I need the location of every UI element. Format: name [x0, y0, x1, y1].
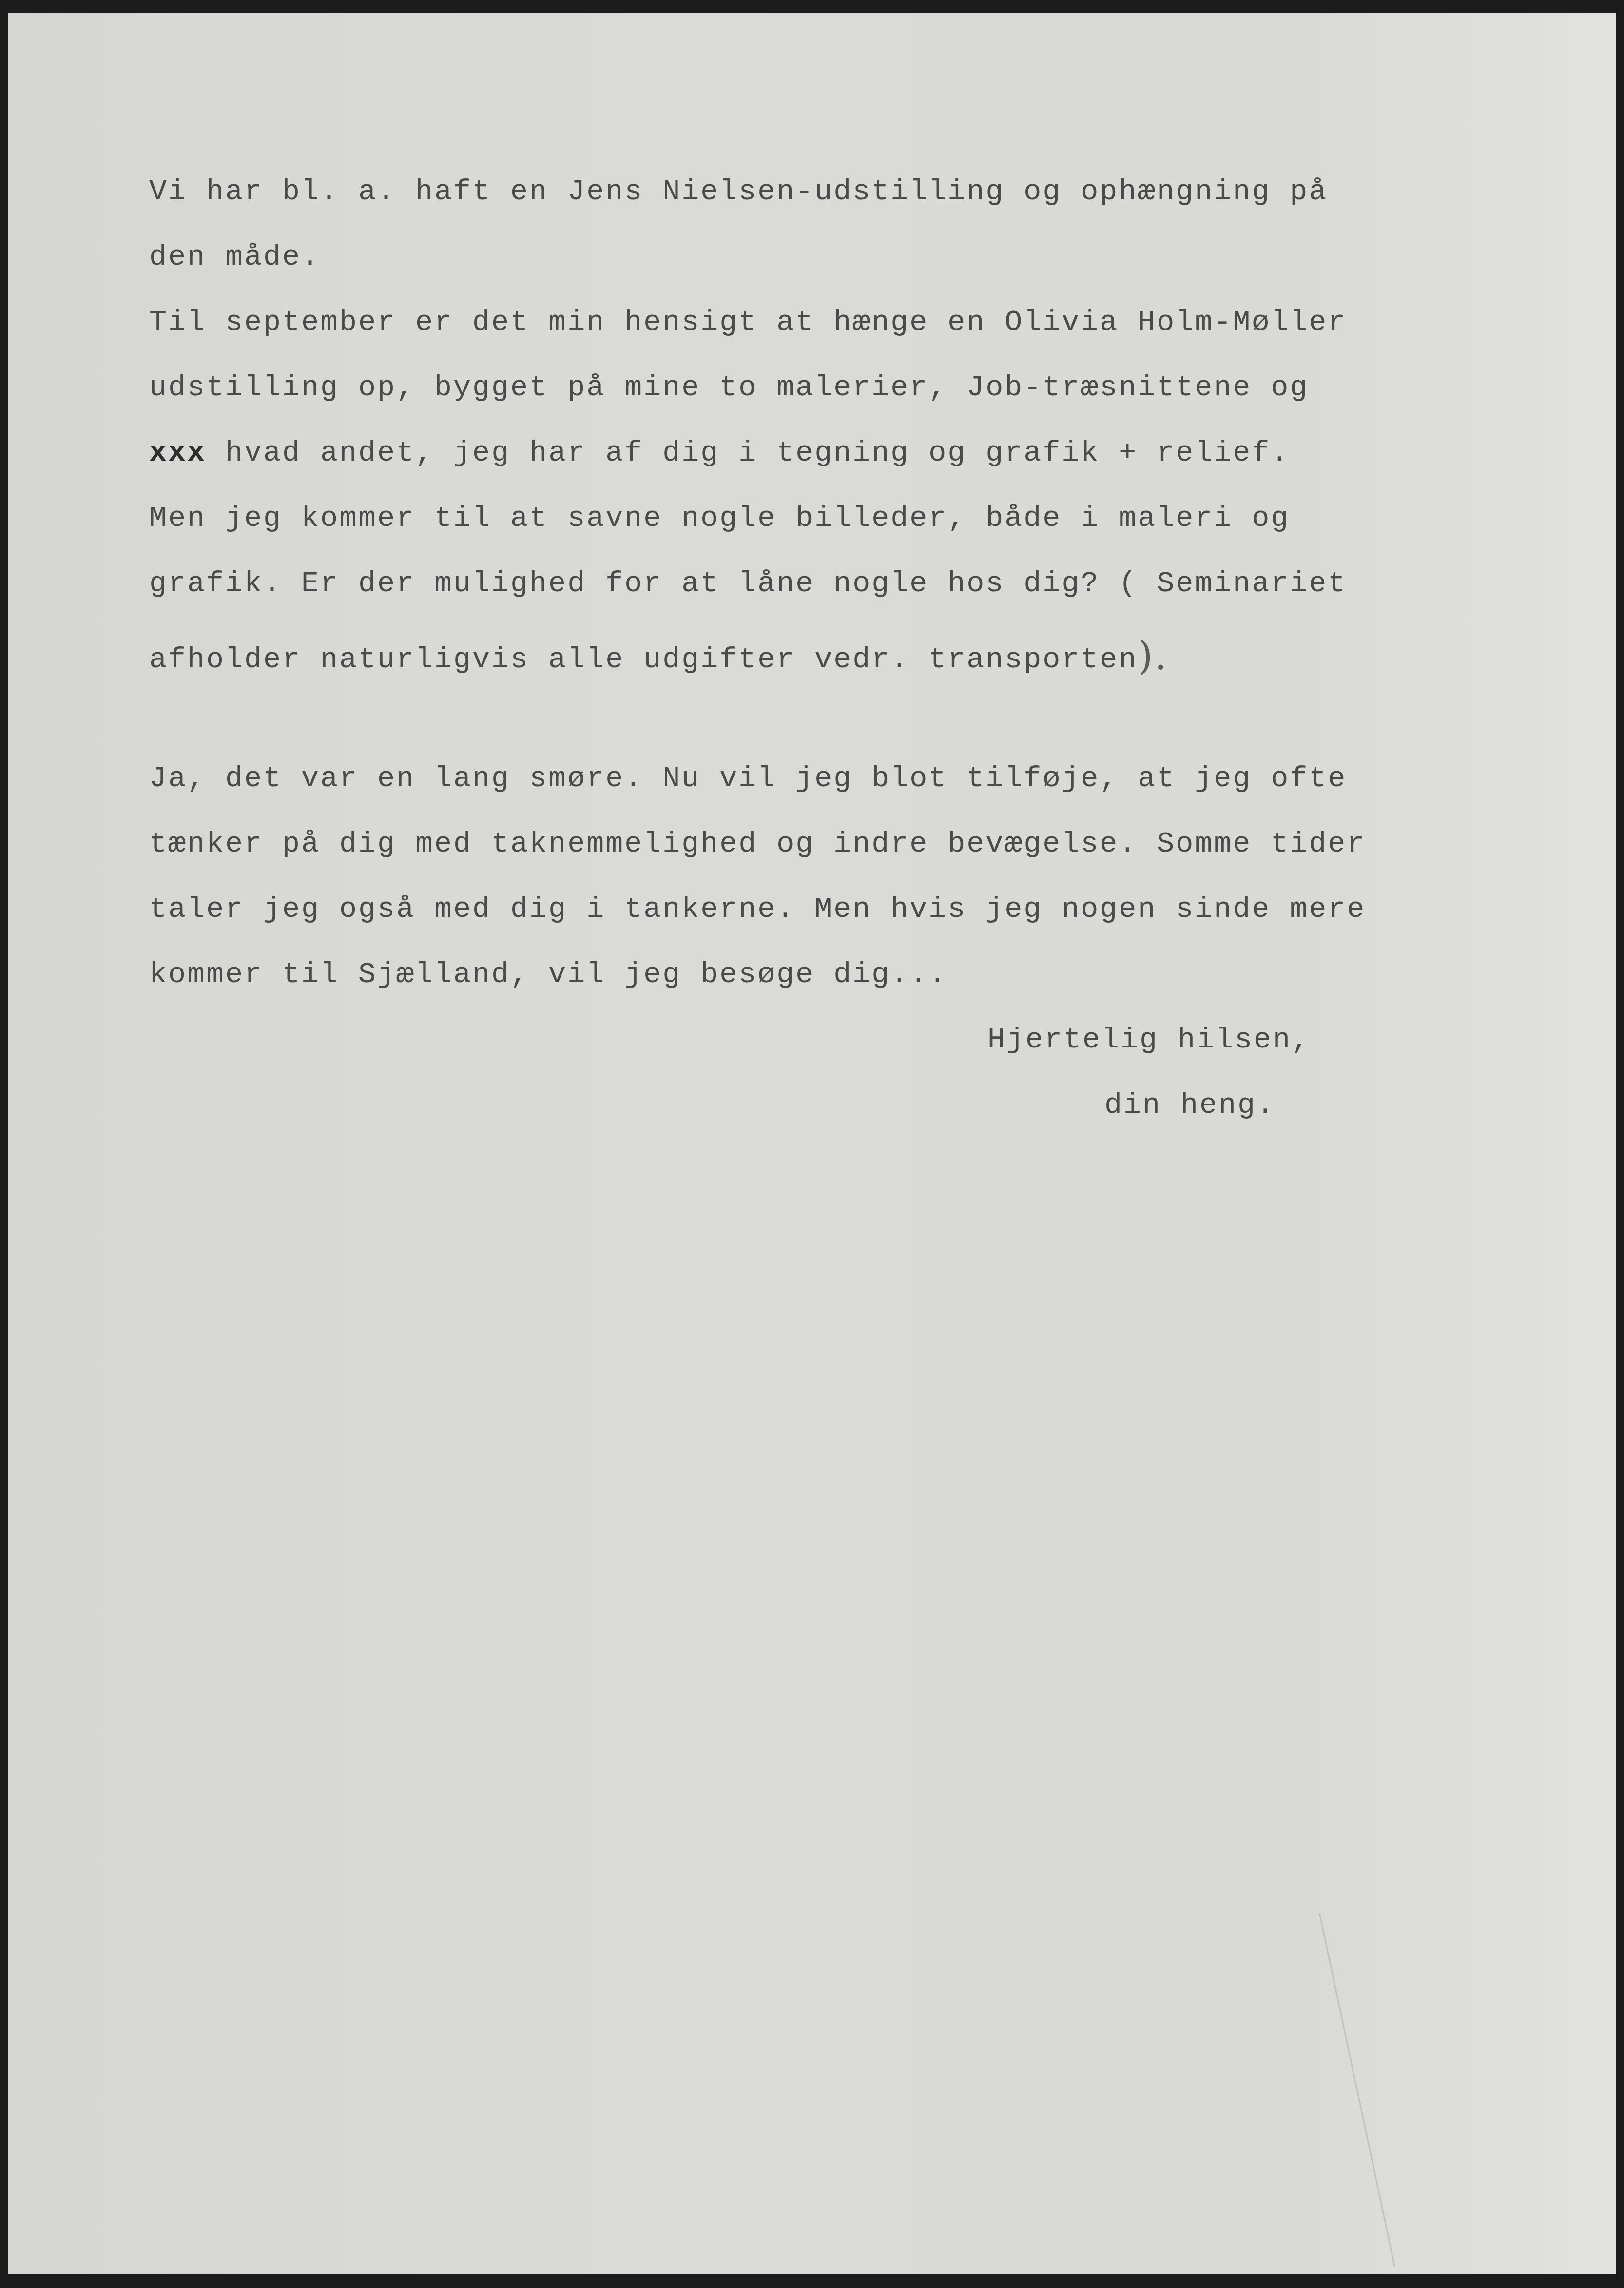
text-line: hvad andet, jeg har af dig i tegning og …	[225, 437, 1290, 470]
paper-crease	[1319, 1913, 1395, 2266]
text-line: taler jeg også med dig i tankerne. Men h…	[149, 895, 1366, 924]
text-line: Vi har bl. a. haft en Jens Nielsen-udsti…	[149, 177, 1328, 207]
text-line-content: afholder naturligvis alle udgifter vedr.…	[149, 643, 1138, 677]
letter-page: Vi har bl. a. haft en Jens Nielsen-udsti…	[8, 13, 1616, 2274]
text-line: Men jeg kommer til at savne nogle billed…	[149, 504, 1290, 533]
text-line: kommer til Sjælland, vil jeg besøge dig.…	[149, 960, 947, 989]
text-line-with-strikeout: xxx hvad andet, jeg har af dig i tegning…	[149, 439, 1290, 468]
text-line: udstilling op, bygget på mine to malerie…	[149, 373, 1309, 403]
handwritten-paren: ).	[1138, 633, 1168, 679]
text-line: Til september er det min hensigt at hæng…	[149, 308, 1347, 337]
closing: Hjertelig hilsen,	[987, 1026, 1311, 1055]
text-line: den måde.	[149, 243, 320, 272]
signature: din heng.	[1104, 1091, 1276, 1120]
text-line: Ja, det var en lang smøre. Nu vil jeg bl…	[149, 764, 1347, 794]
text-line: afholder naturligvis alle udgifter vedr.…	[149, 635, 1168, 675]
text-line: grafik. Er der mulighed for at låne nogl…	[149, 569, 1347, 599]
struck-out-text: xxx	[149, 437, 206, 470]
text-line: tænker på dig med taknemmelighed og indr…	[149, 830, 1366, 859]
